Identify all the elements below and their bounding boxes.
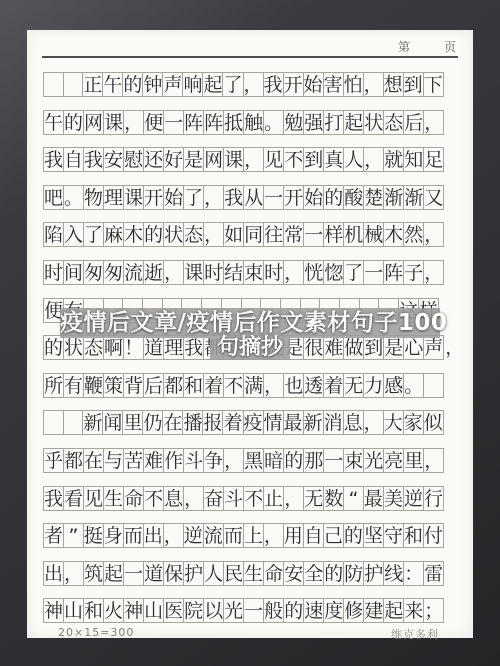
- grid-cell: ，: [283, 486, 304, 511]
- grid-cell: 在: [162, 410, 183, 435]
- grid-cell: 里: [403, 448, 424, 473]
- grid-cell: 响: [182, 72, 203, 97]
- grid-cell: 护: [363, 561, 384, 586]
- grid-cell: 付: [423, 523, 444, 548]
- grid-cell: 。: [263, 110, 284, 135]
- grid-cell: 乎: [43, 448, 64, 473]
- grid-cell: 物: [83, 185, 104, 210]
- grid-cell: 便: [143, 110, 164, 135]
- grid-cell: 美: [383, 486, 404, 511]
- grid-cell: 和: [403, 523, 424, 548]
- grid-cell: 机: [343, 222, 364, 247]
- grid-cell: 午: [43, 110, 64, 135]
- grid-cell: 一: [123, 561, 144, 586]
- grid-cell: 流: [203, 523, 224, 548]
- handwriting-row: 新闻里仍在播报着疫情最新消息，大家似: [43, 410, 443, 435]
- grid-cell: 来: [403, 598, 424, 623]
- grid-cell: 阵: [203, 110, 224, 135]
- grid-cell: 者: [43, 523, 64, 548]
- grid-cell: 策: [103, 373, 124, 398]
- grid-cell: 暗: [263, 448, 284, 473]
- grid-cell: 是: [183, 147, 204, 172]
- grid-cell: 不: [243, 486, 264, 511]
- grid-cell: 鞭: [83, 373, 104, 398]
- overflow-char: ，: [445, 335, 463, 360]
- grid-cell: [63, 410, 84, 435]
- grid-cell: 坚: [363, 523, 384, 548]
- grid-cell: 了: [83, 222, 104, 247]
- grid-cell: 神: [43, 598, 64, 623]
- grid-cell: 雷: [423, 561, 444, 586]
- grid-cell: 态: [183, 222, 204, 247]
- grid-cell: 声: [162, 72, 183, 97]
- grid-cell: ，: [203, 185, 224, 210]
- grid-cell: 课: [103, 110, 124, 135]
- grid-cell: 课: [123, 185, 144, 210]
- grid-cell: 又: [423, 185, 444, 210]
- handwriting-row: 我看见生命不息，奋斗不止，无数“最美逆行: [43, 486, 443, 511]
- grid-cell: ，: [263, 373, 284, 398]
- grid-cell: 流: [123, 260, 144, 285]
- grid-cell: “: [343, 486, 364, 511]
- grid-cell: ，: [163, 523, 184, 548]
- grid-cell: 苦: [123, 448, 144, 473]
- grid-cell: 样: [323, 222, 344, 247]
- grid-cell: 无: [343, 373, 364, 398]
- grid-cell: 而: [123, 523, 144, 548]
- grid-cell: 恍: [303, 260, 324, 285]
- grid-cell: 间: [63, 260, 84, 285]
- grid-cell: 守: [383, 523, 404, 548]
- grid-cell: 起: [202, 72, 223, 97]
- grid-cell: 打: [323, 110, 344, 135]
- grid-cell: 一: [303, 222, 324, 247]
- handwriting-row: 午的网课，便一阵阵抵触。勉强打起状态后，: [43, 110, 443, 135]
- grid-cell: 真: [323, 147, 344, 172]
- grid-cell: 一: [163, 110, 184, 135]
- grid-cell: ，: [283, 260, 304, 285]
- grid-cell: 见: [83, 486, 104, 511]
- grid-cell: 般: [263, 598, 284, 623]
- grid-cell: 我: [43, 147, 64, 172]
- grid-cell: 里: [122, 410, 143, 435]
- grid-cell: 的: [323, 561, 344, 586]
- grid-cell: 所: [43, 373, 64, 398]
- grid-cell: 以: [203, 598, 224, 623]
- grid-cell: 了: [343, 260, 364, 285]
- grid-cell: 。: [63, 185, 84, 210]
- grid-cell: ，: [423, 260, 444, 285]
- grid-cell: 自: [63, 147, 84, 172]
- grid-cell: 护: [183, 561, 204, 586]
- grid-cell: 的: [143, 222, 164, 247]
- grid-cell: 阵: [383, 260, 404, 285]
- grid-cell: 一: [363, 260, 384, 285]
- grid-cell: 息: [163, 486, 184, 511]
- grid-cell: 不: [223, 373, 244, 398]
- grid-cell: 光: [363, 448, 384, 473]
- grid-cell: 课: [223, 147, 244, 172]
- grid-cell: 不: [283, 147, 304, 172]
- grid-cell: 我: [43, 486, 64, 511]
- grid-cell: 出: [43, 561, 64, 586]
- grid-cell: 开: [143, 185, 164, 210]
- grid-cell: 到: [303, 147, 324, 172]
- grid-cell: 开: [283, 72, 304, 97]
- grid-cell: 时: [43, 260, 64, 285]
- grid-cell: 我: [223, 185, 244, 210]
- grid-cell: 的: [283, 598, 304, 623]
- grid-cell: 修: [343, 598, 364, 623]
- grid-cell: [63, 72, 84, 97]
- grid-cell: 仍: [142, 410, 163, 435]
- grid-cell: 挺: [83, 523, 104, 548]
- grid-cell: 而: [223, 523, 244, 548]
- grid-cell: 最: [283, 410, 304, 435]
- handwriting-row: 时间匆匆流逝，课时结束时，恍惚了一阵子，: [43, 260, 443, 285]
- grid-cell: ，: [363, 72, 384, 97]
- grid-cell: ；: [423, 598, 444, 623]
- grid-cell: 正: [82, 72, 103, 97]
- grid-cell: 知: [403, 147, 424, 172]
- grid-cell: 消: [323, 410, 344, 435]
- grid-cell: 生: [103, 486, 124, 511]
- grid-cell: 逆: [403, 486, 424, 511]
- grid-cell: 态: [383, 110, 404, 135]
- grid-cell: 医: [163, 598, 184, 623]
- grid-cell: 那: [303, 448, 324, 473]
- grid-cell: 透: [303, 373, 324, 398]
- grid-cell: 时: [263, 260, 284, 285]
- handwriting-row: 出，筑起一道保护人民生命安全的防护线：雷: [43, 561, 443, 586]
- grid-cell: 着: [203, 373, 224, 398]
- grid-cell: 后: [143, 373, 164, 398]
- grid-cell: 怕: [343, 72, 364, 97]
- grid-cell: 和: [83, 598, 104, 623]
- grid-cell: 逆: [183, 523, 204, 548]
- grid-cell: 到: [403, 72, 424, 97]
- grid-cell: 光: [223, 598, 244, 623]
- grid-cell: 息: [343, 410, 364, 435]
- grid-cell: 命: [263, 561, 284, 586]
- grid-cell: 木: [123, 222, 144, 247]
- grid-cell: 一: [263, 185, 284, 210]
- banner-title-line1: 疫情后文章/疫情后作文素材句子100: [60, 308, 440, 338]
- grid-cell: 子: [403, 260, 424, 285]
- handwriting-row: 乎都在与苦难作斗争，黑暗的那一束光亮里，: [43, 448, 443, 473]
- grid-cell: 都: [63, 448, 84, 473]
- grid-cell: 木: [383, 222, 404, 247]
- grid-cell: ，: [223, 448, 244, 473]
- grid-cell: 情: [263, 410, 284, 435]
- grid-cell: 见: [263, 147, 284, 172]
- grid-cell: 似: [423, 410, 444, 435]
- grid-cell: 神: [123, 598, 144, 623]
- handwriting-row: 者”挺身而出，逆流而上，用自己的坚守和付: [43, 523, 443, 548]
- grid-cell: 斗: [183, 448, 204, 473]
- grid-cell: 起: [343, 110, 364, 135]
- grid-cell: 好: [163, 147, 184, 172]
- handwriting-row: 所有鞭策背后都和着不满，也透着无力感。: [43, 373, 443, 398]
- grid-cell: 逝: [143, 260, 164, 285]
- grid-cell: 午: [102, 72, 123, 97]
- grid-cell: 强: [303, 110, 324, 135]
- grid-cell: 钟: [142, 72, 163, 97]
- grid-cell: 保: [163, 561, 184, 586]
- grid-cell: 网: [203, 147, 224, 172]
- grid-cell: 害: [323, 72, 344, 97]
- grid-cell: 起: [383, 598, 404, 623]
- grid-cell: 始: [303, 72, 324, 97]
- grid-cell: 用: [283, 523, 304, 548]
- grid-cell: 出: [143, 523, 164, 548]
- grid-cell: 筑: [83, 561, 104, 586]
- grid-cell: 作: [163, 448, 184, 473]
- grid-cell: 往: [263, 222, 284, 247]
- grid-cell: 课: [183, 260, 204, 285]
- grid-cell: 线: [383, 561, 404, 586]
- grid-cell: 慰: [123, 147, 144, 172]
- grid-cell: 亮: [383, 448, 404, 473]
- grid-cell: 阵: [183, 110, 204, 135]
- grid-cell: 生: [243, 561, 264, 586]
- grid-cell: 院: [183, 598, 204, 623]
- grid-cell: 身: [103, 523, 124, 548]
- handwriting-row: 陷入了麻木的状态，如同往常一样机械木然，: [43, 222, 443, 247]
- grid-cell: 防: [343, 561, 364, 586]
- grid-cell: 束: [243, 260, 264, 285]
- grid-cell: 与: [103, 448, 124, 473]
- grid-cell: 闻: [102, 410, 123, 435]
- grid-cell: 山: [63, 598, 84, 623]
- grid-cell: 斗: [223, 486, 244, 511]
- grid-cell: 新: [303, 410, 324, 435]
- grid-cell: 奋: [203, 486, 224, 511]
- grid-cell: 楚: [363, 185, 384, 210]
- grid-cell: 新: [82, 410, 103, 435]
- grid-cell: 束: [343, 448, 364, 473]
- grid-cell: ，: [243, 72, 264, 97]
- grid-cell: 理: [103, 185, 124, 210]
- grid-cell: 还: [143, 147, 164, 172]
- grid-cell: 全: [303, 561, 324, 586]
- grid-cell: 同: [243, 222, 264, 247]
- grid-cell: ，: [183, 486, 204, 511]
- grid-cell: 陷: [43, 222, 64, 247]
- grid-cell: 时: [203, 260, 224, 285]
- grid-cell: 足: [423, 147, 444, 172]
- grid-cell: 人: [343, 147, 364, 172]
- grid-cell: 的: [323, 185, 344, 210]
- banner-title-line2: 句摘抄: [210, 338, 290, 360]
- grid-cell: 的: [343, 523, 364, 548]
- grid-cell: 入: [63, 222, 84, 247]
- grid-cell: 建: [363, 598, 384, 623]
- handwriting-row: 神山和火神山医院以光一般的速度修建起来；: [43, 598, 443, 623]
- grid-cell: 争: [203, 448, 224, 473]
- grid-cell: 网: [83, 110, 104, 135]
- grid-cell: 渐: [403, 185, 424, 210]
- grid-cell: 渐: [383, 185, 404, 210]
- grid-cell: 也: [283, 373, 304, 398]
- grid-cell: 想: [383, 72, 404, 97]
- grid-cell: 山: [143, 598, 164, 623]
- grid-cell: 火: [103, 598, 124, 623]
- grid-cell: ：: [403, 561, 424, 586]
- grid-cell: 止: [263, 486, 284, 511]
- grid-cell: 民: [223, 561, 244, 586]
- grid-cell: [43, 72, 64, 97]
- grid-cell: 惚: [323, 260, 344, 285]
- banner-overlay: 疫情后文章/疫情后作文素材句子100句摘抄: [60, 308, 440, 360]
- grid-cell: 勉: [283, 110, 304, 135]
- grid-cell: ，: [263, 523, 284, 548]
- grid-cell: 上: [243, 523, 264, 548]
- grid-cell: ，: [63, 561, 84, 586]
- grid-cell: 始: [163, 185, 184, 210]
- grid-cell: 有: [63, 373, 84, 398]
- grid-cell: 满: [243, 373, 264, 398]
- grid-cell: 的: [63, 110, 84, 135]
- handwriting-row: 正午的钟声响起了，我开始害怕，想到下: [43, 72, 443, 97]
- grid-cell: 播: [182, 410, 203, 435]
- grid-cell: 了: [222, 72, 243, 97]
- grid-cell: 状: [363, 110, 384, 135]
- grid-cell: 己: [323, 523, 344, 548]
- grid-cell: 的: [283, 448, 304, 473]
- grid-cell: ，: [243, 147, 264, 172]
- grid-cell: 的: [122, 72, 143, 97]
- grid-cell: 状: [163, 222, 184, 247]
- grid-cell: 然: [403, 222, 424, 247]
- grid-cell: 道: [143, 561, 164, 586]
- grid-cell: 了: [183, 185, 204, 210]
- grid-cell: 看: [63, 486, 84, 511]
- grid-cell: ，: [423, 222, 444, 247]
- grid-cell: 一: [243, 598, 264, 623]
- grid-cell: 自: [303, 523, 324, 548]
- grid-cell: 行: [423, 486, 444, 511]
- grid-cell: ，: [123, 110, 144, 135]
- grid-cell: 着: [323, 373, 344, 398]
- grid-cell: ”: [63, 523, 84, 548]
- grid-cell: ，: [423, 448, 444, 473]
- grid-cell: 匆: [103, 260, 124, 285]
- grid-cell: 度: [323, 598, 344, 623]
- grid-cell: 着: [222, 410, 243, 435]
- grid-cell: 都: [163, 373, 184, 398]
- grid-cell: 我: [263, 72, 284, 97]
- grid-cell: 数: [323, 486, 344, 511]
- grid-cell: 不: [143, 486, 164, 511]
- grid-cell: 触: [243, 110, 264, 135]
- grid-cell: 后: [403, 110, 424, 135]
- grid-cell: 械: [363, 222, 384, 247]
- photo-frame: 第 页 正午的钟声响起了，我开始害怕，想到下午的网课，便一阵阵抵触。勉强打起状态…: [0, 0, 500, 666]
- grid-cell: 安: [283, 561, 304, 586]
- grid-cell: 。: [403, 373, 424, 398]
- grid-cell: 安: [103, 147, 124, 172]
- grid-cell: 感: [383, 373, 404, 398]
- handwriting-row: 吧。物理课开始了，我从一开始的酸楚渐渐又: [43, 185, 443, 210]
- grid-cell: 吧: [43, 185, 64, 210]
- grid-cell: 抵: [223, 110, 244, 135]
- grid-cell: ，: [363, 147, 384, 172]
- grid-cell: ，: [423, 110, 444, 135]
- grid-cell: 和: [183, 373, 204, 398]
- sheet-spec-label: 20×15=300: [58, 626, 134, 639]
- grid-cell: 力: [363, 373, 384, 398]
- grid-cell: 报: [202, 410, 223, 435]
- grid-cell: 速: [303, 598, 324, 623]
- grid-cell: 就: [383, 147, 404, 172]
- handwriting-row: 我自我安慰还好是网课，见不到真人，就知足: [43, 147, 443, 172]
- grid-cell: 背: [123, 373, 144, 398]
- grid-cell: 从: [243, 185, 264, 210]
- grid-cell: 命: [123, 486, 144, 511]
- grid-cell: 常: [283, 222, 304, 247]
- grid-cell: 黑: [243, 448, 264, 473]
- grid-cell: 如: [223, 222, 244, 247]
- grid-cell: 一: [323, 448, 344, 473]
- grid-cell: 开: [283, 185, 304, 210]
- grid-cell: 家: [403, 410, 424, 435]
- grid-cell: 疫: [243, 410, 264, 435]
- grid-cell: 结: [223, 260, 244, 285]
- grid-cell: 难: [143, 448, 164, 473]
- watermark-label: 维克多利: [391, 626, 439, 642]
- grid-cell: 下: [423, 72, 444, 97]
- grid-cell: ，: [203, 222, 224, 247]
- grid-cell: 在: [83, 448, 104, 473]
- grid-cell: 最: [363, 486, 384, 511]
- grid-cell: [43, 410, 64, 435]
- grid-cell: ，: [363, 410, 384, 435]
- grid-cell: 无: [303, 486, 324, 511]
- grid-cell: 人: [203, 561, 224, 586]
- grid-cell: ，: [163, 260, 184, 285]
- grid-cell: 匆: [83, 260, 104, 285]
- grid-cell: 酸: [343, 185, 364, 210]
- grid-cell: 始: [303, 185, 324, 210]
- grid-cell: 麻: [103, 222, 124, 247]
- grid-cell: [423, 373, 444, 398]
- grid-cell: 起: [103, 561, 124, 586]
- grid-cell: 大: [383, 410, 404, 435]
- grid-cell: 我: [83, 147, 104, 172]
